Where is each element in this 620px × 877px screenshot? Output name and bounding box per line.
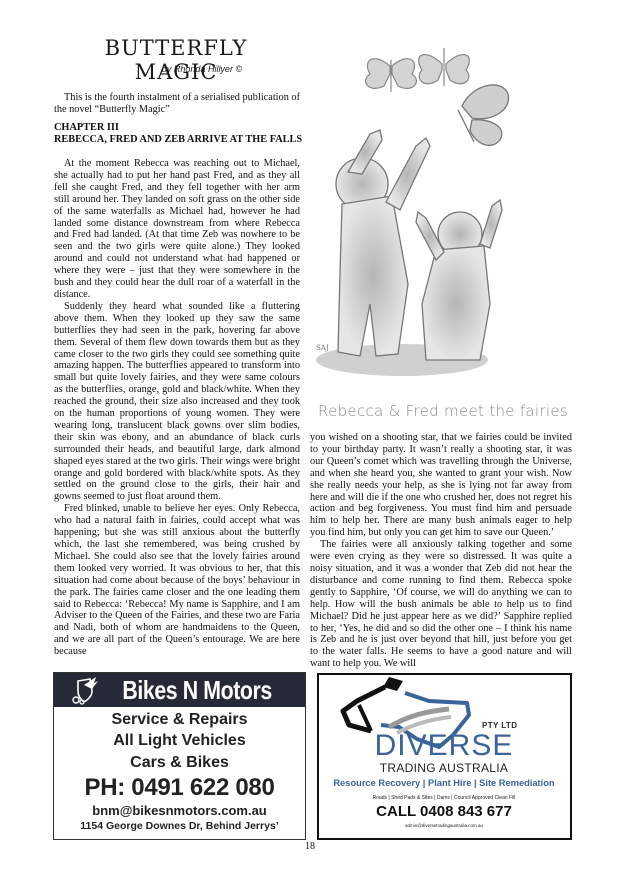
diverse-trading-ad[interactable]: PTY LTD DIVERSE TRADING AUSTRALIA Resour… (317, 673, 572, 840)
child-figure (336, 130, 430, 356)
paragraph: At the moment Rebecca was reaching out t… (54, 158, 300, 301)
ad-services: Resource Recovery | Plant Hire | Site Re… (319, 778, 569, 788)
ad-address: 1154 George Downes Dr, Behind Jerrys’ (54, 819, 305, 834)
paragraph: The fairies were all anxiously talking t… (310, 539, 572, 670)
butterfly-icon (419, 48, 470, 86)
paragraph: Fred blinked, unable to believe her eyes… (54, 503, 300, 658)
magazine-page: BUTTERFLY MAGIC by Rhonda Hillyer © This… (0, 0, 620, 877)
page-number: 18 (300, 841, 320, 852)
ad-line: Cars & Bikes (54, 752, 305, 774)
article-byline: by Rhonda Hillyer © (132, 64, 272, 74)
article-title: BUTTERFLY MAGIC (66, 36, 286, 84)
butterfly-icon (366, 59, 417, 92)
paragraph: you wished on a shooting star, that we f… (310, 432, 572, 539)
ad-line: Service & Repairs (54, 710, 305, 730)
right-column: you wished on a shooting star, that we f… (310, 432, 572, 670)
paragraph: Suddenly they heard what sounded like a … (54, 301, 300, 503)
ad-phone[interactable]: PH: 0491 622 080 (54, 774, 305, 802)
illustration-caption: Rebecca & Fred meet the fairies (312, 402, 574, 420)
child-figure (416, 200, 502, 360)
chapter-number: CHAPTER III (54, 122, 304, 134)
ad-brand-name: DIVERSE (319, 729, 569, 763)
chapter-title: REBECCA, FRED AND ZEB ARRIVE AT THE FALL… (54, 134, 304, 146)
left-column: At the moment Rebecca was reaching out t… (54, 158, 300, 658)
ad-banner: Bikes N Motors (54, 673, 305, 707)
artist-signature: SAJ (316, 344, 329, 352)
fairies-illustration: SAJ (312, 34, 574, 394)
ad-brand-name: Bikes N Motors (123, 675, 272, 706)
bikes-n-motors-ad[interactable]: Bikes N Motors Service & Repairs All Lig… (53, 672, 306, 840)
intro-text: This is the fourth instalment of a seria… (54, 92, 300, 116)
ad-phone[interactable]: CALL 0408 843 677 (319, 803, 569, 820)
butterfly-icon (458, 85, 509, 145)
winged-shield-icon (70, 675, 100, 705)
ad-sub-services: Roads | Shed Pads & Sites | Dams | Counc… (319, 795, 569, 801)
intro-paragraph: This is the fourth instalment of a seria… (54, 92, 300, 116)
ad-email[interactable]: bnm@bikesnmotors.com.au (54, 802, 305, 819)
ad-line: All Light Vehicles (54, 730, 305, 752)
chapter-heading: CHAPTER III REBECCA, FRED AND ZEB ARRIVE… (54, 122, 304, 146)
ad-subtitle: TRADING AUSTRALIA (319, 761, 569, 775)
ad-email[interactable]: admin@diversetradingaustralia.com.au (319, 823, 569, 828)
